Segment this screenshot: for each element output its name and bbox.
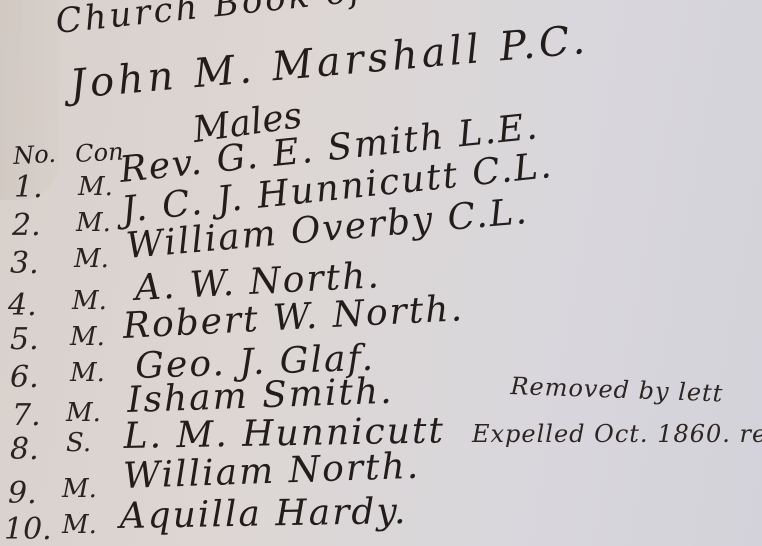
- entry-number: 1.: [14, 170, 43, 205]
- entry-number: 4.: [8, 288, 37, 323]
- entry-number: 8.: [10, 432, 39, 467]
- entry-status: M.: [62, 510, 97, 540]
- entry-number: 3.: [10, 246, 39, 281]
- entry-note: Expelled Oct. 1860. resto: [472, 420, 762, 448]
- entry-number: 2.: [12, 208, 41, 243]
- entry-number: 10.: [4, 512, 52, 546]
- entry-status: M.: [66, 398, 101, 428]
- entry-note: Removed by lett: [510, 372, 724, 407]
- entry-status: M.: [62, 474, 97, 504]
- entry-status: M.: [76, 208, 111, 238]
- entry-number: 6.: [10, 360, 39, 395]
- ledger-page: Church Book of Cokesbury Chapel John M. …: [0, 0, 762, 546]
- entry-number: 9.: [8, 476, 37, 511]
- entry-status: M.: [70, 358, 105, 388]
- entry-status: M.: [78, 172, 113, 202]
- entry-status: M.: [70, 322, 105, 352]
- entry-status: S.: [66, 428, 91, 458]
- entry-number: 7.: [12, 398, 41, 433]
- entry-status: M.: [74, 244, 109, 274]
- entry-status: M.: [72, 286, 107, 316]
- entry-name: Aquilla Hardy.: [119, 491, 407, 537]
- column-header-number: No.: [13, 140, 57, 170]
- entry-number: 5.: [10, 322, 39, 357]
